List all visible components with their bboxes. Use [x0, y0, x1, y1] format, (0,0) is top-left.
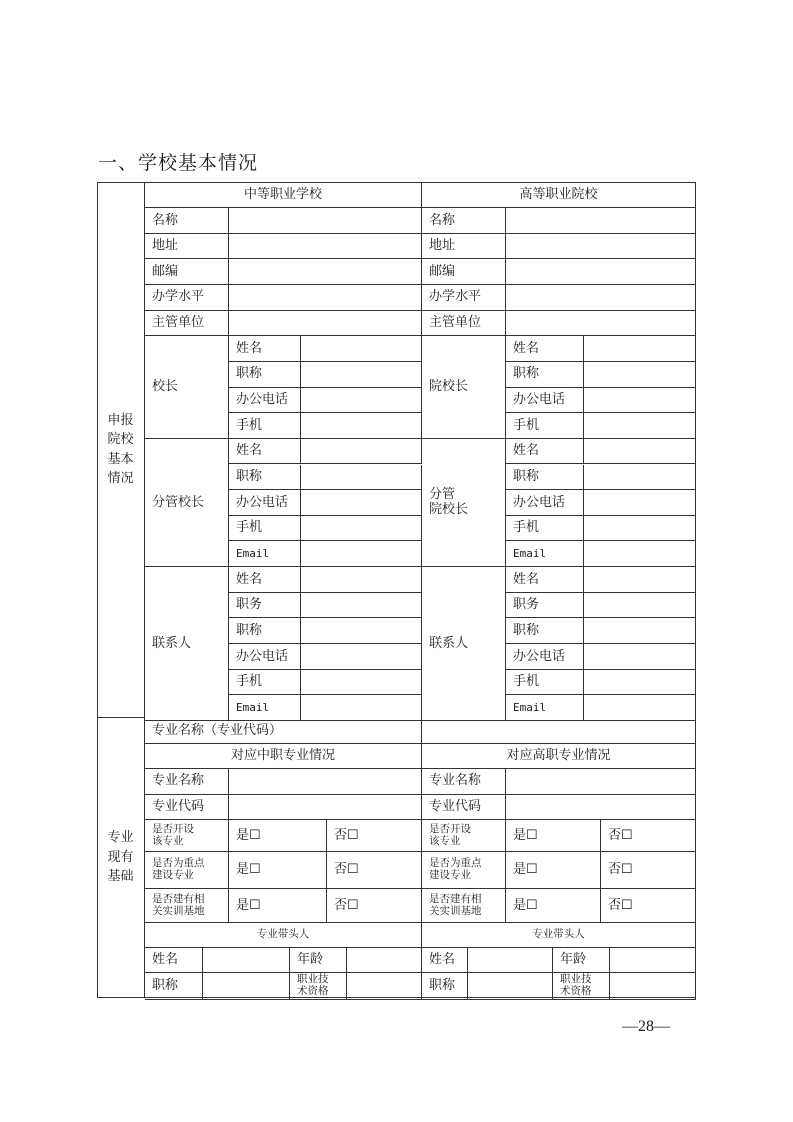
leader-input[interactable]: [203, 948, 290, 973]
right-leader-title: 专业带头人: [422, 923, 696, 948]
field-label: 姓名: [229, 336, 301, 362]
field-input[interactable]: [584, 516, 696, 542]
field-label: 专业代码: [145, 795, 229, 821]
field-input[interactable]: [506, 285, 696, 311]
field-label: 专业代码: [422, 795, 506, 821]
field-label: 姓名: [229, 567, 301, 593]
leader-label: 职称: [422, 973, 468, 1000]
field-label: 姓名: [506, 567, 584, 593]
field-input[interactable]: [229, 259, 422, 285]
leader-label: 职业技 术资格: [553, 973, 610, 1000]
leader-input[interactable]: [610, 948, 696, 973]
field-input[interactable]: [506, 208, 696, 234]
major-name-code-label: 专业名称（专业代码）: [145, 718, 422, 744]
field-input[interactable]: [584, 670, 696, 696]
field-label: 职称: [229, 362, 301, 388]
field-input[interactable]: [584, 567, 696, 593]
major-name-code-input[interactable]: [422, 718, 696, 744]
field-input[interactable]: [301, 439, 422, 465]
no-checkbox[interactable]: 否☐: [327, 820, 422, 852]
page-number: —28—: [622, 1018, 670, 1036]
field-label: 主管单位: [422, 311, 506, 337]
field-label: 邮编: [422, 259, 506, 285]
field-label: Email: [506, 541, 584, 567]
question-label: 是否为重点 建设专业: [145, 852, 229, 889]
no-checkbox[interactable]: 否☐: [601, 852, 696, 889]
field-input[interactable]: [506, 311, 696, 337]
field-input[interactable]: [301, 413, 422, 439]
leader-label: 姓名: [422, 948, 468, 973]
field-label: 手机: [506, 670, 584, 696]
field-label: 职称: [506, 362, 584, 388]
field-label: 手机: [229, 670, 301, 696]
field-label: 手机: [229, 516, 301, 542]
field-input[interactable]: [506, 259, 696, 285]
leader-label: 年龄: [553, 948, 610, 973]
field-label: 姓名: [229, 439, 301, 465]
field-label: 地址: [422, 234, 506, 260]
field-input[interactable]: [506, 769, 696, 795]
yes-checkbox[interactable]: 是☐: [506, 820, 601, 852]
left-leader-title: 专业带头人: [145, 923, 422, 948]
section-label-major-basis: 专业 现有 基础: [97, 718, 145, 998]
right-vice-label: 分管 院校长: [422, 439, 506, 567]
field-label: 办公电话: [506, 388, 584, 414]
field-label: 邮编: [145, 259, 229, 285]
field-input[interactable]: [229, 208, 422, 234]
field-input[interactable]: [301, 388, 422, 414]
right-contact-label: 联系人: [422, 567, 506, 721]
no-checkbox[interactable]: 否☐: [601, 889, 696, 923]
yes-checkbox[interactable]: 是☐: [229, 852, 327, 889]
field-input[interactable]: [301, 362, 422, 388]
question-label: 是否建有相 关实训基地: [145, 889, 229, 923]
field-input[interactable]: [584, 413, 696, 439]
left-school-title: 中等职业学校: [145, 182, 422, 208]
field-input[interactable]: [301, 490, 422, 516]
field-label: 姓名: [506, 336, 584, 362]
field-label: 办公电话: [229, 388, 301, 414]
question-label: 是否开设 该专业: [422, 820, 506, 852]
question-label: 是否建有相 关实训基地: [422, 889, 506, 923]
left-vice-label: 分管校长: [145, 439, 229, 567]
field-label: 职务: [506, 593, 584, 619]
field-label: 手机: [229, 413, 301, 439]
leader-input[interactable]: [468, 948, 553, 973]
leader-label: 职业技 术资格: [290, 973, 347, 1000]
field-input[interactable]: [584, 388, 696, 414]
field-label: 办公电话: [229, 644, 301, 670]
field-label: 专业名称: [145, 769, 229, 795]
question-label: 是否为重点 建设专业: [422, 852, 506, 889]
field-input[interactable]: [301, 567, 422, 593]
field-label: 名称: [145, 208, 229, 234]
yes-checkbox[interactable]: 是☐: [506, 889, 601, 923]
field-input[interactable]: [584, 362, 696, 388]
field-input[interactable]: [584, 465, 696, 491]
field-label: 职称: [506, 618, 584, 644]
no-checkbox[interactable]: 否☐: [327, 889, 422, 923]
left-contact-label: 联系人: [145, 567, 229, 721]
field-label: 职务: [229, 593, 301, 619]
left-principal-label: 校长: [145, 336, 229, 439]
field-label: 职称: [506, 465, 584, 491]
field-input[interactable]: [584, 336, 696, 362]
section-heading: 一、学校基本情况: [98, 148, 258, 175]
field-input[interactable]: [506, 795, 696, 821]
field-input[interactable]: [584, 593, 696, 619]
field-label: 专业名称: [422, 769, 506, 795]
field-label: 手机: [506, 516, 584, 542]
field-label: 手机: [506, 413, 584, 439]
field-input[interactable]: [301, 541, 422, 567]
field-input[interactable]: [301, 516, 422, 542]
question-label: 是否开设 该专业: [145, 820, 229, 852]
field-input[interactable]: [229, 311, 422, 337]
yes-checkbox[interactable]: 是☐: [506, 852, 601, 889]
no-checkbox[interactable]: 否☐: [601, 820, 696, 852]
field-input[interactable]: [584, 490, 696, 516]
field-label: 职称: [229, 465, 301, 491]
leader-input[interactable]: [347, 973, 422, 1000]
leader-input[interactable]: [610, 973, 696, 1000]
leader-label: 姓名: [145, 948, 203, 973]
leader-input[interactable]: [347, 948, 422, 973]
school-info-table: 申报 院校 基本 情况中等职业学校名称地址邮编办学水平主管单位姓名职称办公电话手…: [97, 182, 696, 998]
section-label-school-info: 申报 院校 基本 情况: [97, 182, 145, 718]
field-label: 办公电话: [506, 644, 584, 670]
leader-label: 职称: [145, 973, 203, 1000]
leader-input[interactable]: [203, 973, 290, 1000]
field-input[interactable]: [301, 644, 422, 670]
field-label: 名称: [422, 208, 506, 234]
field-input[interactable]: [301, 593, 422, 619]
no-checkbox[interactable]: 否☐: [327, 852, 422, 889]
field-input[interactable]: [229, 285, 422, 311]
field-input[interactable]: [584, 644, 696, 670]
field-label: 地址: [145, 234, 229, 260]
field-label: 办公电话: [506, 490, 584, 516]
field-label: 姓名: [506, 439, 584, 465]
field-input[interactable]: [229, 795, 422, 821]
field-input[interactable]: [584, 439, 696, 465]
field-input[interactable]: [584, 618, 696, 644]
field-input[interactable]: [506, 234, 696, 260]
field-input[interactable]: [229, 234, 422, 260]
field-input[interactable]: [301, 670, 422, 696]
field-label: 办公电话: [229, 490, 301, 516]
right-school-title: 高等职业院校: [422, 182, 696, 208]
field-input[interactable]: [301, 618, 422, 644]
field-input[interactable]: [301, 336, 422, 362]
yes-checkbox[interactable]: 是☐: [229, 820, 327, 852]
leader-label: 年龄: [290, 948, 347, 973]
field-label: Email: [229, 541, 301, 567]
right-principal-label: 院校长: [422, 336, 506, 439]
field-label: 主管单位: [145, 311, 229, 337]
yes-checkbox[interactable]: 是☐: [229, 889, 327, 923]
right-major-title: 对应高职专业情况: [422, 744, 696, 769]
leader-input[interactable]: [468, 973, 553, 1000]
field-label: 办学水平: [422, 285, 506, 311]
field-label: 办学水平: [145, 285, 229, 311]
field-label: 职称: [229, 618, 301, 644]
left-major-title: 对应中职专业情况: [145, 744, 422, 769]
field-input[interactable]: [301, 465, 422, 491]
field-input[interactable]: [229, 769, 422, 795]
field-input[interactable]: [584, 541, 696, 567]
